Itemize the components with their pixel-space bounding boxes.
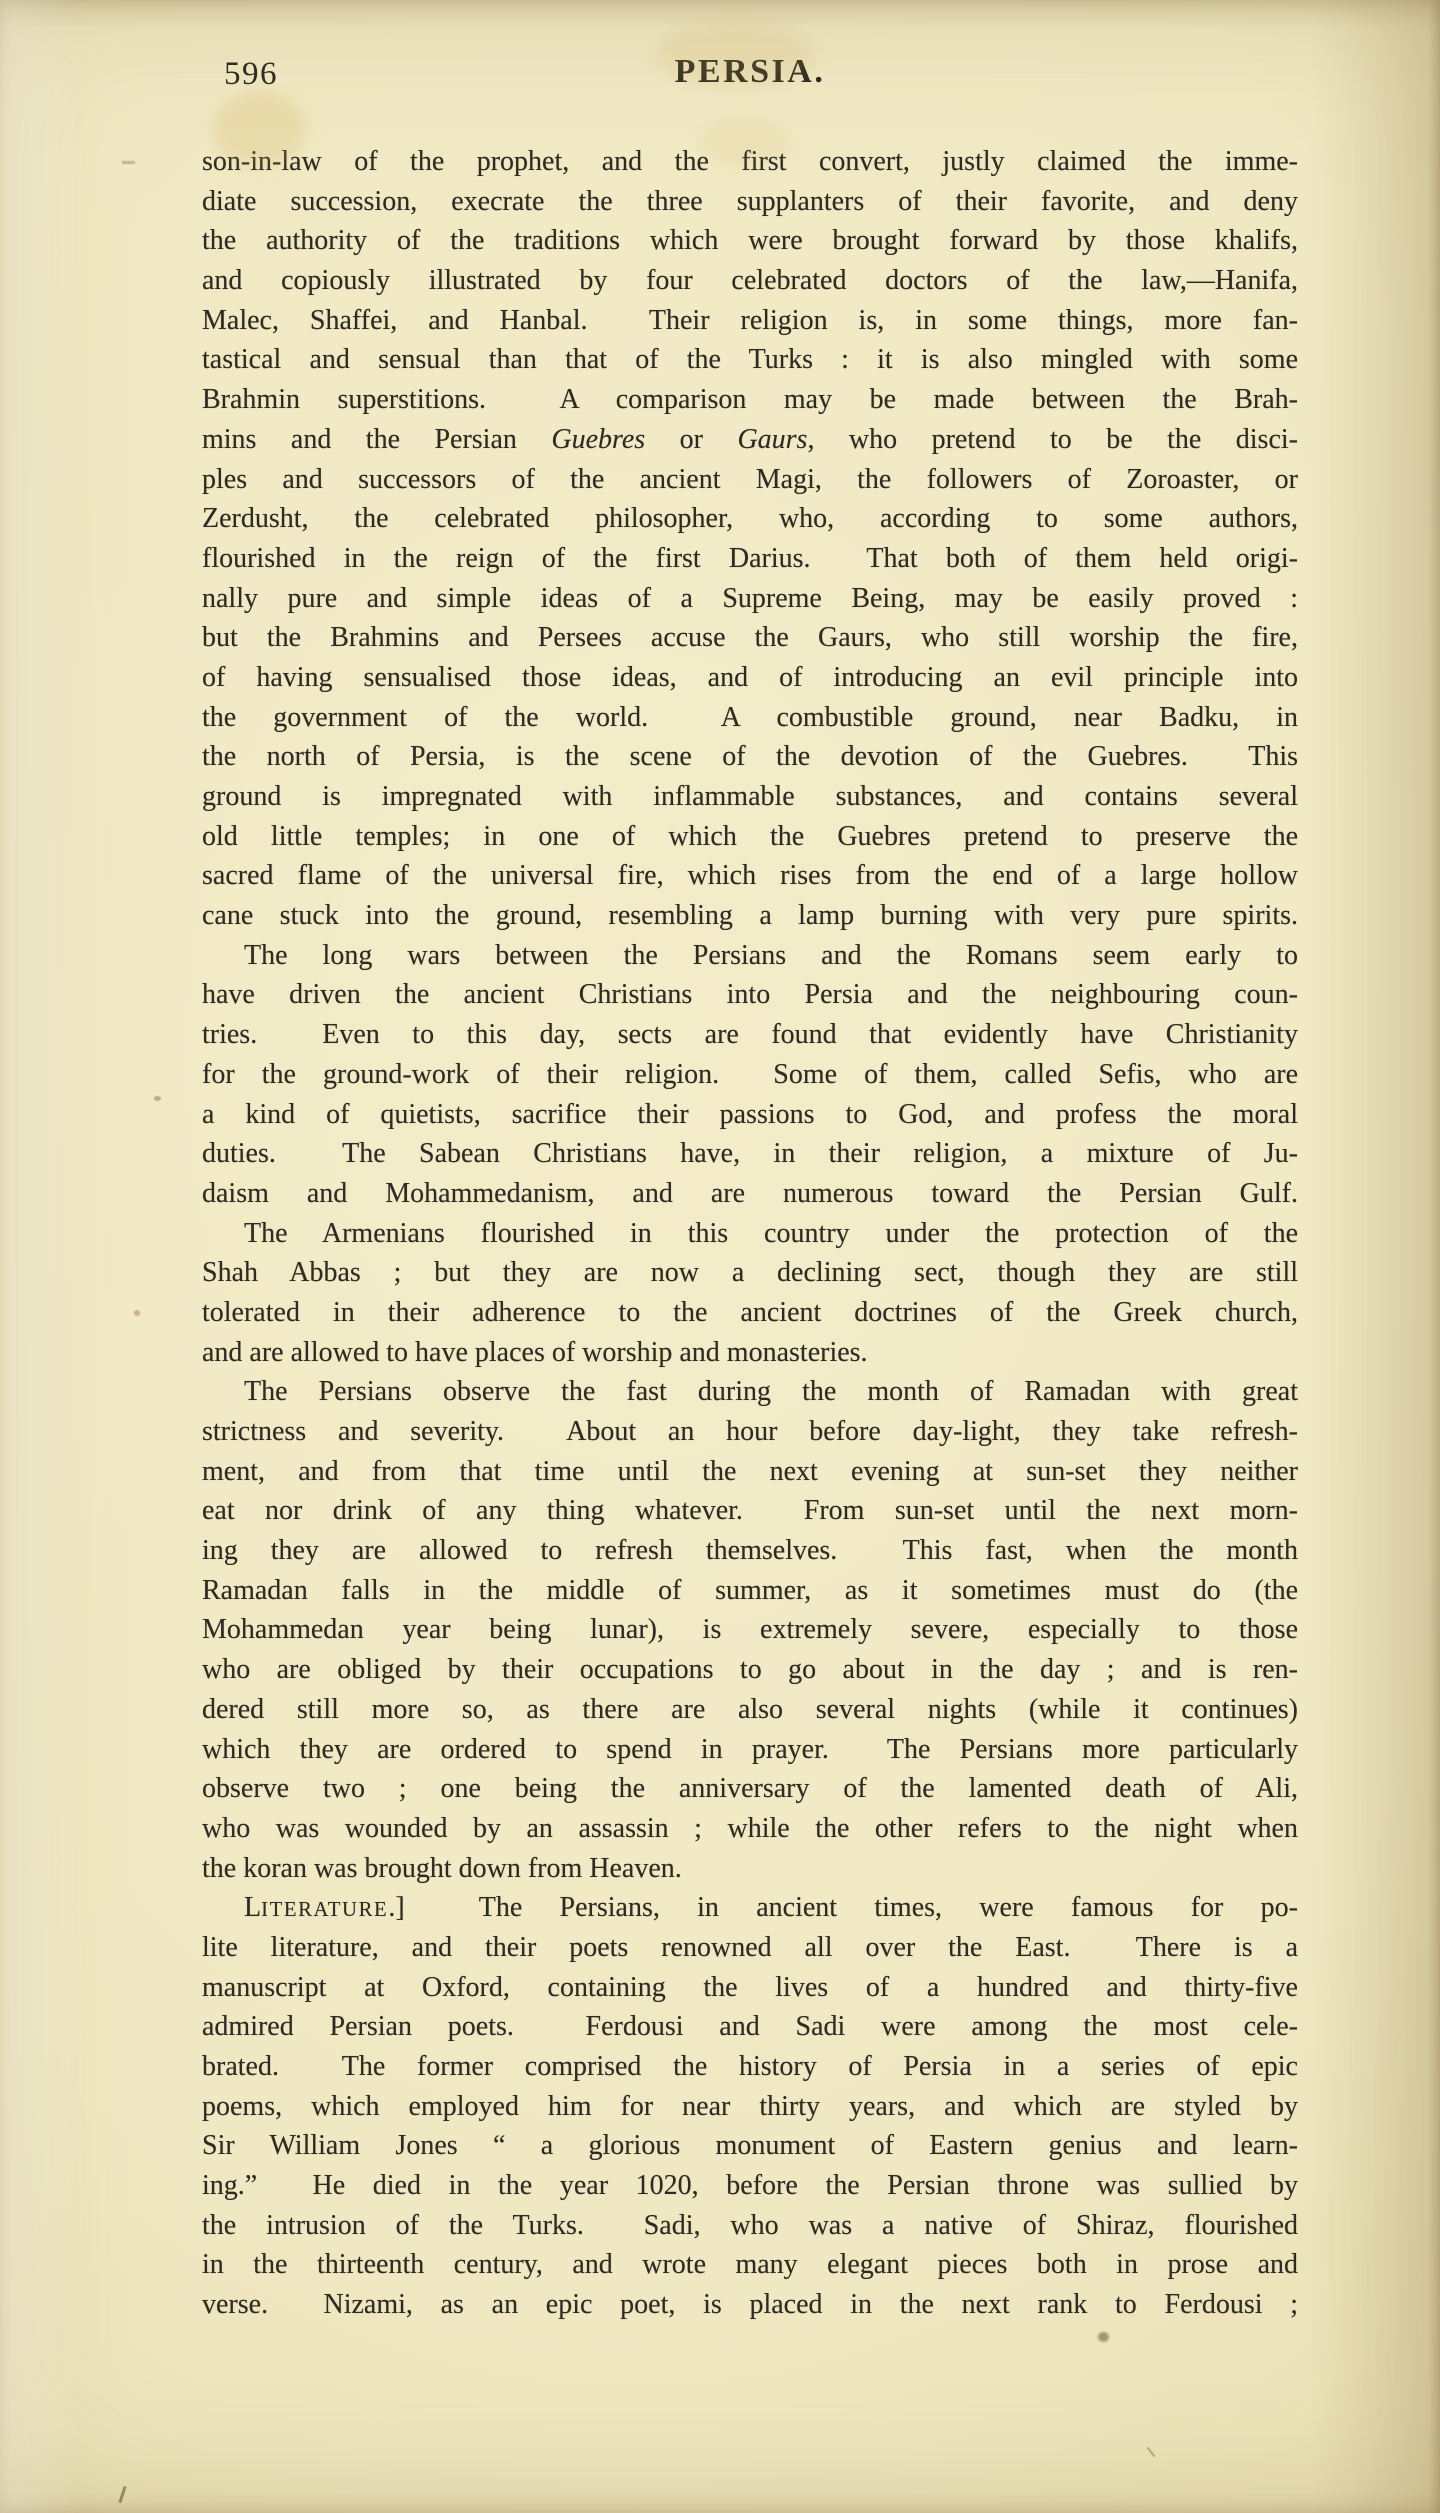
text-line: cane stuck into the ground, resembling a… <box>202 896 1298 936</box>
text-run: lite literature, and their poets renowne… <box>202 1932 1298 1963</box>
text-line: mins and the Persian Guebres or Gaurs, w… <box>202 420 1298 460</box>
ink-speck <box>134 1310 140 1316</box>
text-line: diate succession, execrate the three sup… <box>202 182 1298 222</box>
text-run: , who pretend to be the disci- <box>807 424 1298 455</box>
text-line: Malec, Shaffei, and Hanbal. Their religi… <box>202 301 1298 341</box>
text-run: ment, and from that time until the next … <box>202 1456 1298 1487</box>
text-run: Mohammedan year being lunar), is extreme… <box>202 1614 1298 1645</box>
text-line: ground is impregnated with inflammable s… <box>202 777 1298 817</box>
text-run: .] The Persians, in ancient times, were … <box>388 1892 1298 1923</box>
text-run: tries. Even to this day, sects are found… <box>202 1019 1298 1050</box>
text-line: lite literature, and their poets renowne… <box>202 1928 1298 1968</box>
smallcaps-text: iterature <box>261 1899 388 1921</box>
text-run: which they are ordered to spend in praye… <box>202 1734 1298 1765</box>
text-run: ples and successors of the ancient Magi,… <box>202 464 1298 495</box>
text-line: The long wars between the Persians and t… <box>202 936 1298 976</box>
text-line: ples and successors of the ancient Magi,… <box>202 460 1298 500</box>
text-line: flourished in the reign of the first Dar… <box>202 539 1298 579</box>
text-run: or <box>645 424 737 455</box>
italic-text: Gaurs <box>737 424 807 455</box>
text-run: brated. The former comprised the history… <box>202 2051 1298 2082</box>
text-line: verse. Nizami, as an epic poet, is place… <box>202 2285 1298 2325</box>
text-line: The Persians observe the fast during the… <box>202 1372 1298 1412</box>
text-line: and are allowed to have places of worshi… <box>202 1333 1298 1373</box>
text-run: Zerdusht, the celebrated philosopher, wh… <box>202 503 1298 534</box>
body-text: son-in-law of the prophet, and the first… <box>202 142 1298 2325</box>
text-line: tries. Even to this day, sects are found… <box>202 1015 1298 1055</box>
text-run: dered still more so, as there are also s… <box>202 1694 1298 1725</box>
text-run: tolerated in their adherence to the anci… <box>202 1297 1298 1328</box>
text-line: which they are ordered to spend in praye… <box>202 1730 1298 1770</box>
text-run: strictness and severity. About an hour b… <box>202 1416 1298 1447</box>
text-run: flourished in the reign of the first Dar… <box>202 543 1298 574</box>
text-line: son-in-law of the prophet, and the first… <box>202 142 1298 182</box>
text-run: poems, which employed him for near thirt… <box>202 2091 1298 2122</box>
text-line: of having sensualised those ideas, and o… <box>202 658 1298 698</box>
text-line: sacred flame of the universal fire, whic… <box>202 856 1298 896</box>
book-page-scan: 596 PERSIA. son-in-law of the prophet, a… <box>0 0 1440 2513</box>
text-line: Ramadan falls in the middle of summer, a… <box>202 1571 1298 1611</box>
text-line: ing they are allowed to refresh themselv… <box>202 1531 1298 1571</box>
text-line: have driven the ancient Christians into … <box>202 975 1298 1015</box>
text-line: and copiously illustrated by four celebr… <box>202 261 1298 301</box>
text-line: a kind of quietists, sacrifice their pas… <box>202 1095 1298 1135</box>
text-line: duties. The Sabean Christians have, in t… <box>202 1134 1298 1174</box>
text-line: but the Brahmins and Persees accuse the … <box>202 618 1298 658</box>
text-line: manuscript at Oxford, containing the liv… <box>202 1968 1298 2008</box>
text-run: old little temples; in one of which the … <box>202 821 1298 852</box>
page-title: PERSIA. <box>200 53 1300 91</box>
pen-mark <box>122 161 135 164</box>
text-run: diate succession, execrate the three sup… <box>202 186 1298 217</box>
text-line: the authority of the traditions which we… <box>202 221 1298 261</box>
text-line: Zerdusht, the celebrated philosopher, wh… <box>202 499 1298 539</box>
text-line: tolerated in their adherence to the anci… <box>202 1293 1298 1333</box>
text-run: admired Persian poets. Ferdousi and Sadi… <box>202 2011 1298 2042</box>
text-run: the intrusion of the Turks. Sadi, who wa… <box>202 2210 1298 2241</box>
text-run: ing they are allowed to refresh themselv… <box>202 1535 1298 1566</box>
text-run: duties. The Sabean Christians have, in t… <box>202 1138 1298 1169</box>
text-run: ing.” He died in the year 1020, before t… <box>202 2170 1298 2201</box>
text-run: The Persians observe the fast during the… <box>244 1376 1298 1407</box>
text-run: observe two ; one being the anniversary … <box>202 1773 1298 1804</box>
text-line: Brahmin superstitions. A comparison may … <box>202 380 1298 420</box>
text-run: mins and the Persian <box>202 424 551 455</box>
text-line: Sir William Jones “ a glorious monument … <box>202 2126 1298 2166</box>
text-line: brated. The former comprised the history… <box>202 2047 1298 2087</box>
text-run: the authority of the traditions which we… <box>202 225 1298 256</box>
text-line: the koran was brought down from Heaven. <box>202 1849 1298 1889</box>
text-run: tastical and sensual than that of the Tu… <box>202 344 1298 375</box>
text-line: in the thirteenth century, and wrote man… <box>202 2245 1298 2285</box>
text-run: have driven the ancient Christians into … <box>202 979 1298 1010</box>
text-run: of having sensualised those ideas, and o… <box>202 662 1298 693</box>
text-run: the north of Persia, is the scene of the… <box>202 741 1298 772</box>
text-run: manuscript at Oxford, containing the liv… <box>202 1972 1298 2003</box>
text-line: daism and Mohammedanism, and are numerou… <box>202 1174 1298 1214</box>
text-run: eat nor drink of any thing whatever. Fro… <box>202 1495 1298 1526</box>
text-line: strictness and severity. About an hour b… <box>202 1412 1298 1452</box>
text-line: ing.” He died in the year 1020, before t… <box>202 2166 1298 2206</box>
text-line: old little temples; in one of which the … <box>202 817 1298 857</box>
text-run: for the ground-work of their religion. S… <box>202 1059 1298 1090</box>
ink-speck <box>154 1096 161 1101</box>
text-run: who are obliged by their occupations to … <box>202 1654 1298 1685</box>
text-line: tastical and sensual than that of the Tu… <box>202 340 1298 380</box>
text-run: daism and Mohammedanism, and are numerou… <box>202 1178 1298 1209</box>
text-line: who was wounded by an assassin ; while t… <box>202 1809 1298 1849</box>
text-run: son-in-law of the prophet, and the first… <box>202 146 1298 177</box>
text-run: Ramadan falls in the middle of summer, a… <box>202 1575 1298 1606</box>
text-run: and are allowed to have places of worshi… <box>202 1337 868 1368</box>
text-line: Literature.] The Persians, in ancient ti… <box>202 1888 1298 1928</box>
text-line: ment, and from that time until the next … <box>202 1452 1298 1492</box>
text-line: dered still more so, as there are also s… <box>202 1690 1298 1730</box>
text-run: nally pure and simple ideas of a Supreme… <box>202 583 1298 614</box>
text-run: in the thirteenth century, and wrote man… <box>202 2249 1298 2280</box>
text-run: cane stuck into the ground, resembling a… <box>202 900 1298 931</box>
text-run: a kind of quietists, sacrifice their pas… <box>202 1099 1298 1130</box>
text-line: Shah Abbas ; but they are now a declinin… <box>202 1253 1298 1293</box>
text-run: Shah Abbas ; but they are now a declinin… <box>202 1257 1298 1288</box>
text-run: The long wars between the Persians and t… <box>244 940 1298 971</box>
text-line: eat nor drink of any thing whatever. Fro… <box>202 1491 1298 1531</box>
ink-speck <box>1098 2332 1109 2342</box>
text-line: for the ground-work of their religion. S… <box>202 1055 1298 1095</box>
text-run: verse. Nizami, as an epic poet, is place… <box>202 2289 1298 2320</box>
text-line: the north of Persia, is the scene of the… <box>202 737 1298 777</box>
text-line: poems, which employed him for near thirt… <box>202 2087 1298 2127</box>
pen-mark <box>1147 2447 1156 2458</box>
text-run: the koran was brought down from Heaven. <box>202 1853 682 1884</box>
text-run: who was wounded by an assassin ; while t… <box>202 1813 1298 1844</box>
text-line: who are obliged by their occupations to … <box>202 1650 1298 1690</box>
text-line: Mohammedan year being lunar), is extreme… <box>202 1610 1298 1650</box>
text-run: and copiously illustrated by four celebr… <box>202 265 1298 296</box>
text-run: Sir William Jones “ a glorious monument … <box>202 2130 1298 2161</box>
text-run: Brahmin superstitions. A comparison may … <box>202 384 1298 415</box>
text-line: admired Persian poets. Ferdousi and Sadi… <box>202 2007 1298 2047</box>
text-line: nally pure and simple ideas of a Supreme… <box>202 579 1298 619</box>
text-run: L <box>244 1892 261 1923</box>
text-line: The Armenians flourished in this country… <box>202 1214 1298 1254</box>
text-run: sacred flame of the universal fire, whic… <box>202 860 1298 891</box>
text-run: ground is impregnated with inflammable s… <box>202 781 1298 812</box>
italic-text: Guebres <box>551 424 645 455</box>
text-run: the government of the world. A combustib… <box>202 702 1298 733</box>
text-run: but the Brahmins and Persees accuse the … <box>202 622 1298 653</box>
text-line: the government of the world. A combustib… <box>202 698 1298 738</box>
text-run: The Armenians flourished in this country… <box>244 1218 1298 1249</box>
text-run: Malec, Shaffei, and Hanbal. Their religi… <box>202 305 1298 336</box>
text-line: the intrusion of the Turks. Sadi, who wa… <box>202 2206 1298 2246</box>
text-line: observe two ; one being the anniversary … <box>202 1769 1298 1809</box>
pen-mark <box>118 2486 126 2503</box>
